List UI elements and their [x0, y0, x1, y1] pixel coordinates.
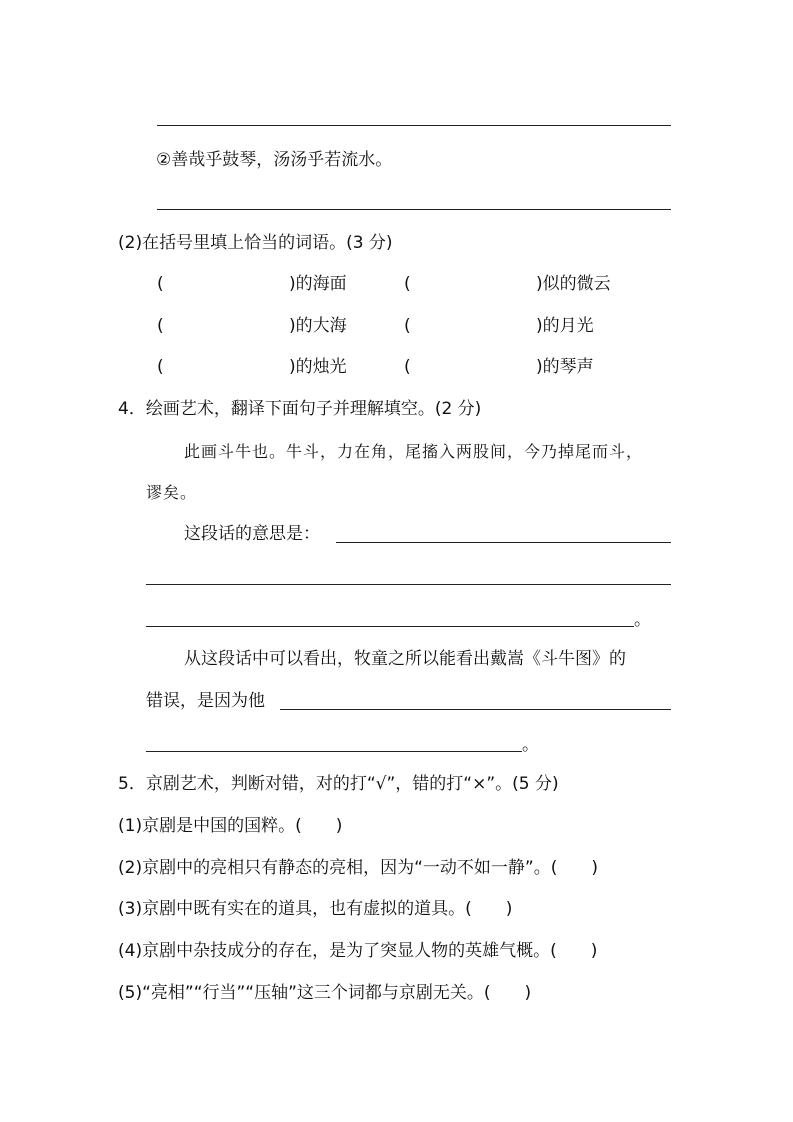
- blank-open: (: [157, 356, 164, 378]
- q4-meaning-label: 这段话的意思是：: [184, 523, 320, 545]
- blank-phrase: )的烛光: [289, 356, 347, 378]
- blank-phrase: )的海面: [289, 273, 347, 295]
- q3-part2-title: (2)在括号里填上恰当的词语。(3 分): [118, 232, 393, 254]
- q3-sub-item-2: ②善哉乎鼓琴，汤汤乎若流水。: [156, 149, 392, 171]
- blank-open: (: [404, 315, 411, 337]
- blank-phrase: )似的微云: [536, 273, 611, 295]
- q5-item-4[interactable]: (4)京剧中杂技成分的存在，是为了突显人物的英雄气概。( ): [118, 940, 597, 962]
- answer-line-1[interactable]: [157, 125, 671, 126]
- period: 。: [522, 734, 539, 756]
- blank-open: (: [157, 273, 164, 295]
- q4-classical-text-line1: 此画斗牛也。牛斗，力在角，尾搐入两股间，今乃掉尾而斗，: [184, 441, 643, 463]
- answer-line-2[interactable]: [157, 209, 671, 210]
- q5-title: 5．京剧艺术，判断对错，对的打“√”，错的打“×”。(5 分): [118, 773, 559, 795]
- blank-open: (: [404, 356, 411, 378]
- q5-item-3[interactable]: (3)京剧中既有实在的道具，也有虚拟的道具。( ): [118, 898, 512, 920]
- blank-phrase: )的大海: [289, 315, 347, 337]
- q4-classical-text-line2: 谬矣。: [146, 482, 197, 504]
- q5-item-2[interactable]: (2)京剧中的亮相只有静态的亮相，因为“一动不如一静”。( ): [118, 857, 598, 879]
- q4-reason-line1: 从这段话中可以看出，牧童之所以能看出戴嵩《斗牛图》的: [184, 648, 626, 670]
- period: 。: [634, 609, 651, 631]
- blank-phrase: )的月光: [536, 315, 594, 337]
- blank-open: (: [404, 273, 411, 295]
- reason-answer-line-1[interactable]: [280, 709, 671, 710]
- q5-item-1[interactable]: (1)京剧是中国的国粹。( ): [118, 815, 342, 837]
- meaning-answer-line-2[interactable]: [146, 584, 671, 585]
- q5-item-5[interactable]: (5)“亮相”“行当”“压轴”这三个词都与京剧无关。( ): [118, 982, 531, 1004]
- q4-title: 4．绘画艺术，翻译下面句子并理解填空。(2 分): [118, 398, 481, 420]
- q4-reason-label: 错误，是因为他: [146, 690, 265, 712]
- blank-phrase: )的琴声: [536, 356, 594, 378]
- reason-answer-line-2[interactable]: [146, 751, 522, 752]
- meaning-answer-line-3[interactable]: [146, 626, 634, 627]
- meaning-answer-line-1[interactable]: [336, 542, 671, 543]
- blank-open: (: [157, 315, 164, 337]
